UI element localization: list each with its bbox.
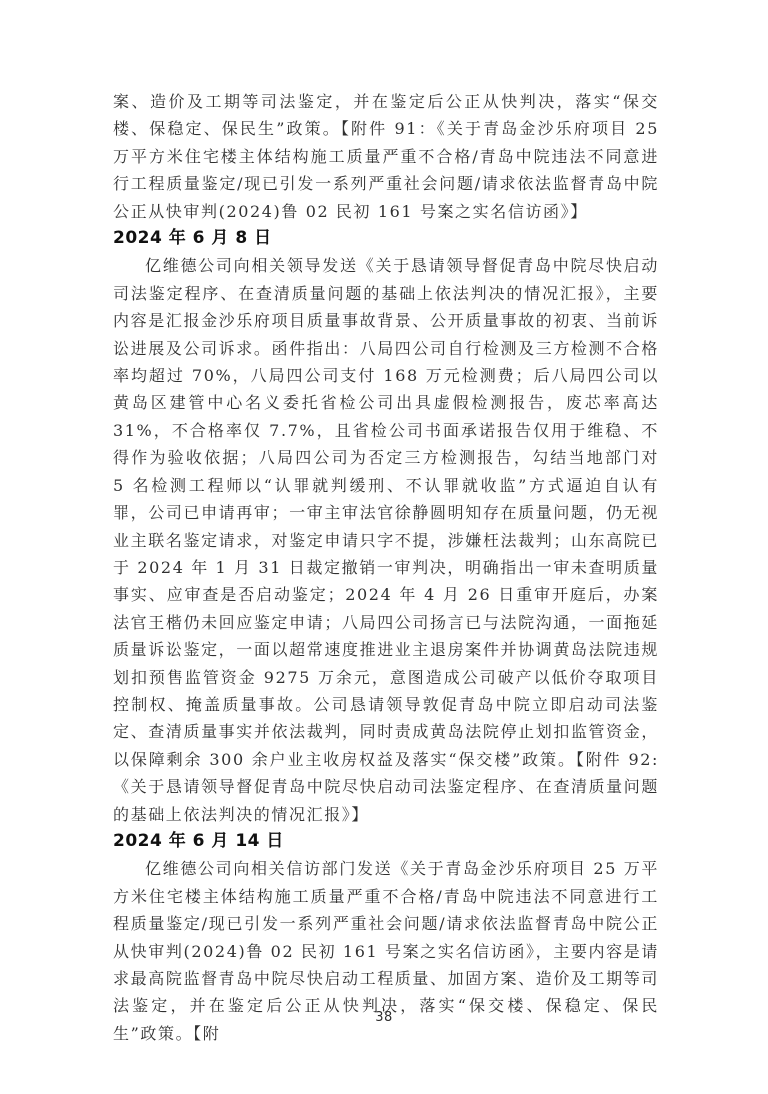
date-heading-june-8: 2024 年 6 月 8 日 [113,225,659,252]
document-page: 案、造价及工期等司法鉴定，并在鉴定后公正从快判决，落实“保交楼、保稳定、保民生”… [0,0,768,1094]
paragraph-continuation: 案、造价及工期等司法鉴定，并在鉴定后公正从快判决，落实“保交楼、保稳定、保民生”… [113,88,659,225]
page-number: 38 [0,1010,768,1025]
paragraph-june-8: 亿维德公司向相关领导发送《关于恳请领导督促青岛中院尽快启动司法鉴定程序、在查清质… [113,252,659,828]
date-heading-june-14: 2024 年 6 月 14 日 [113,828,659,855]
page-content: 案、造价及工期等司法鉴定，并在鉴定后公正从快判决，落实“保交楼、保稳定、保民生”… [113,88,659,1047]
